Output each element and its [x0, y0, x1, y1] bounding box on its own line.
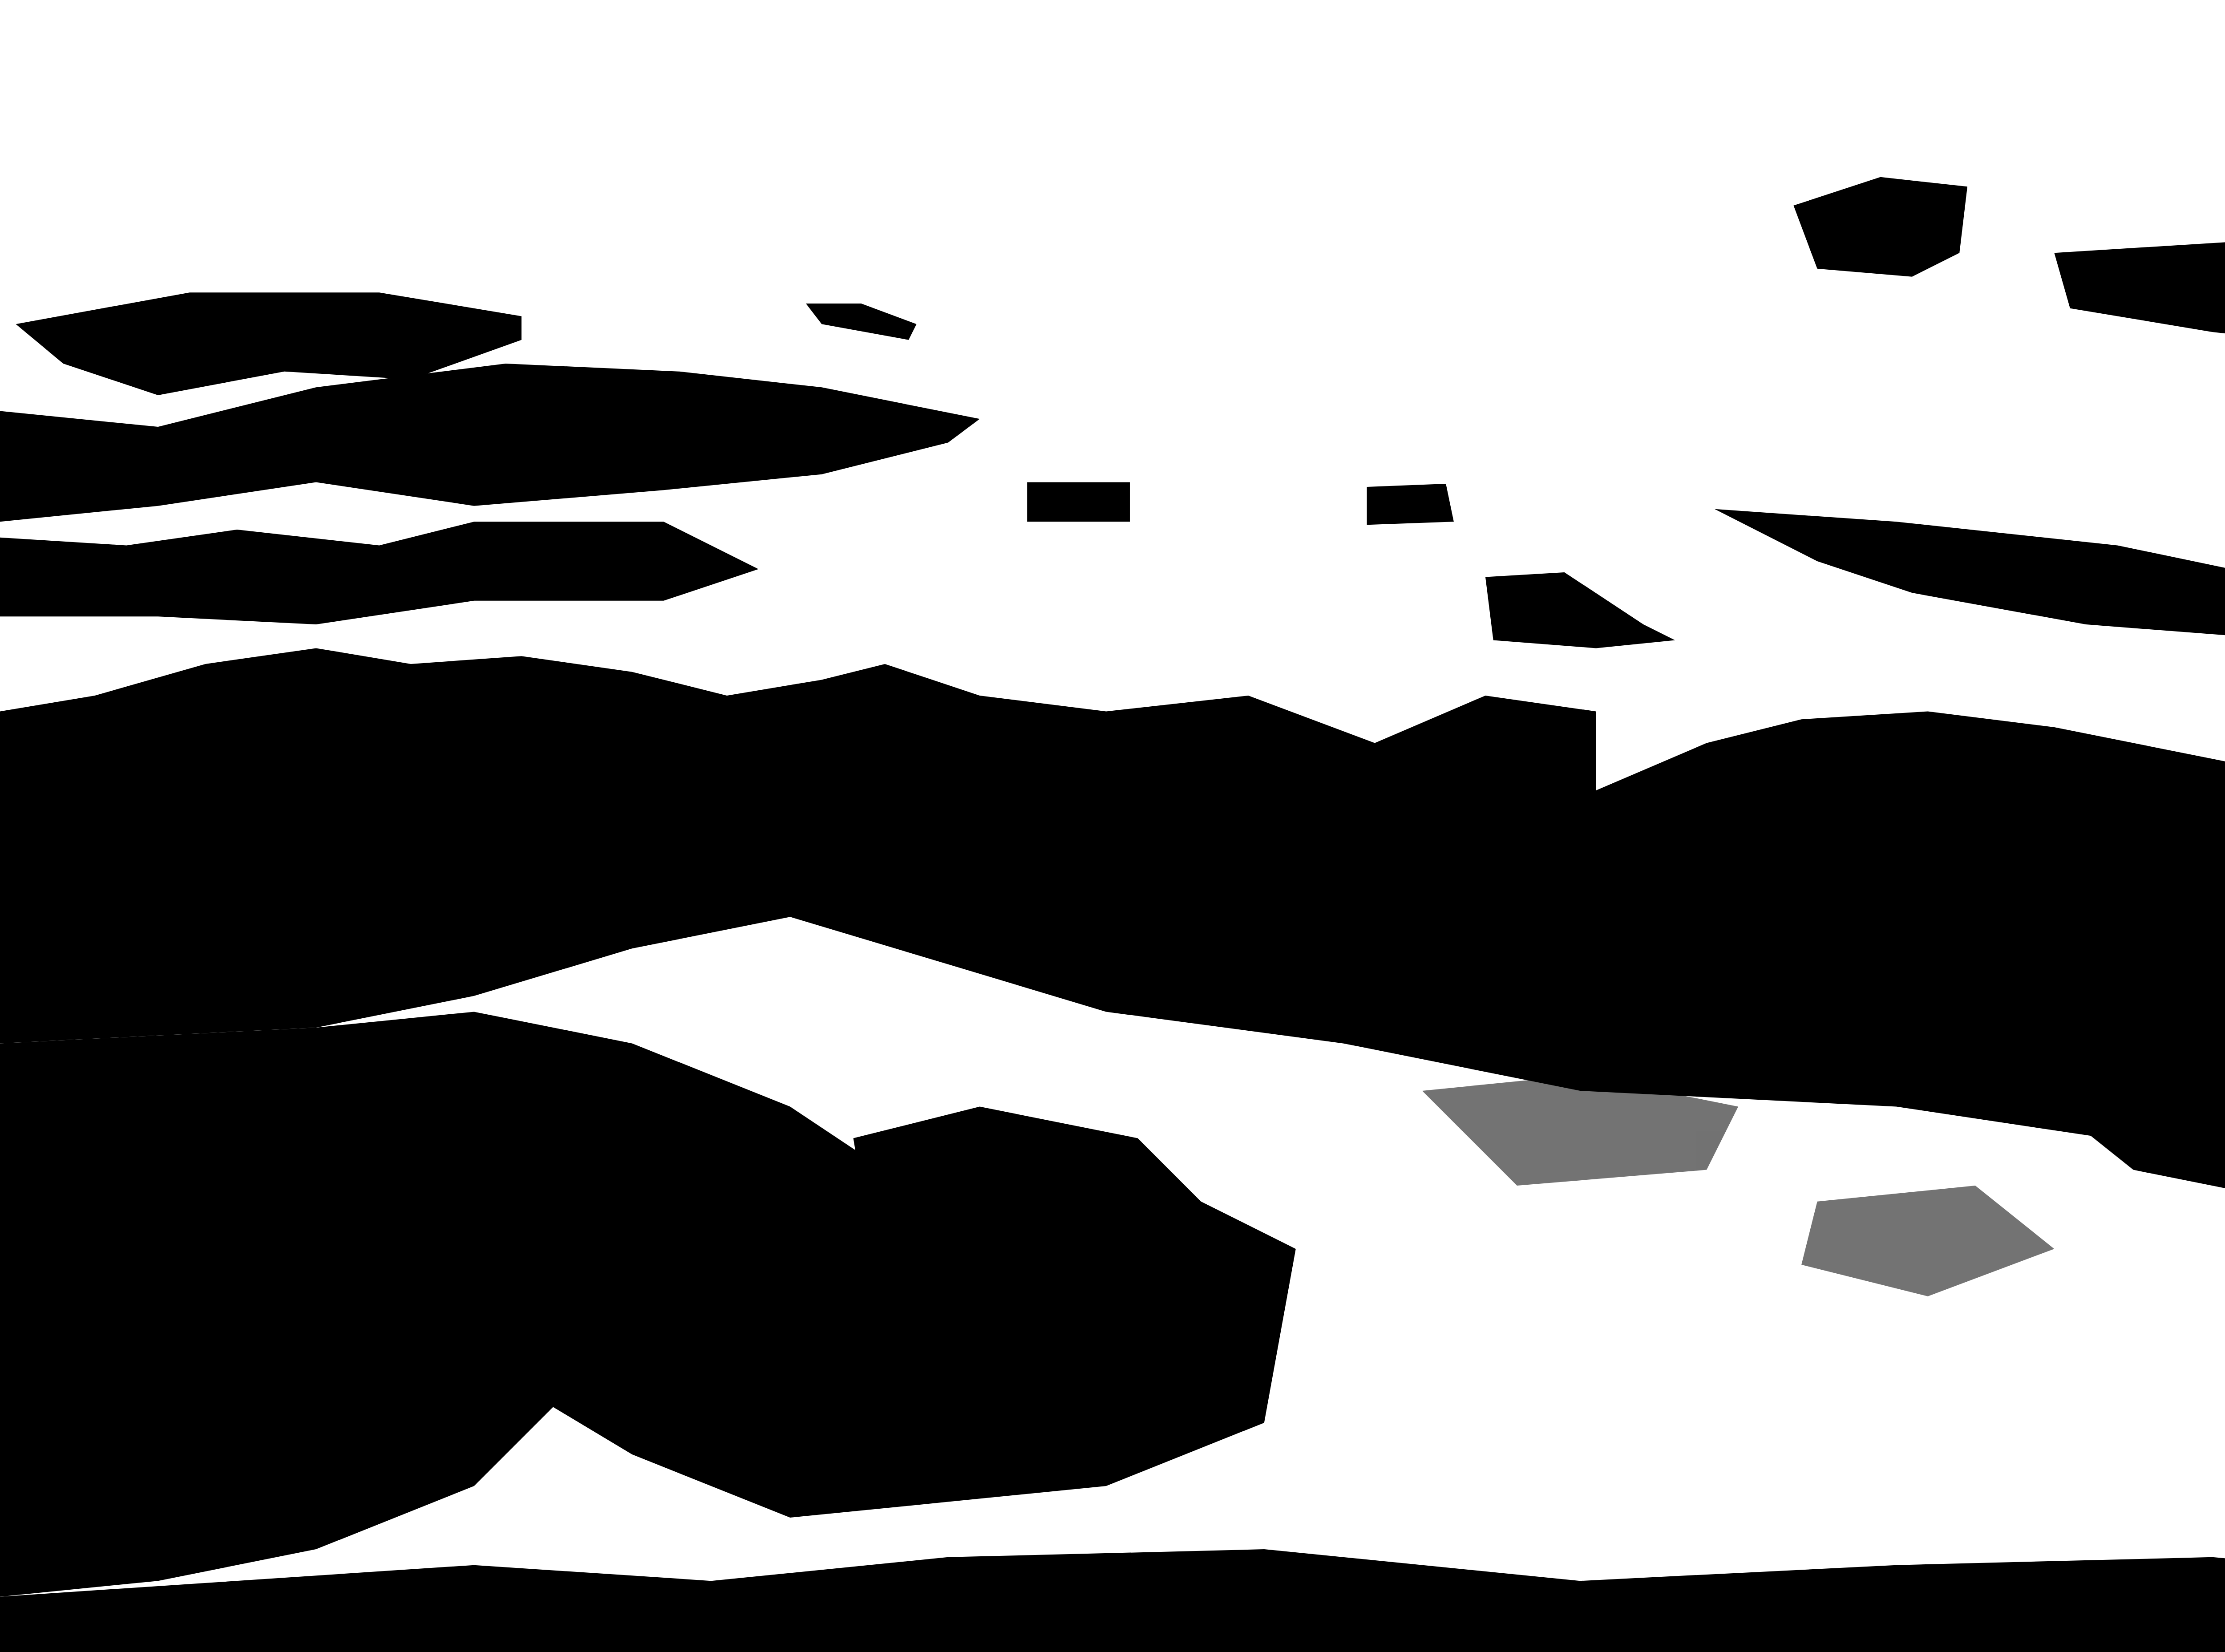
- thresholded-landscape-photo: [0, 0, 2225, 1652]
